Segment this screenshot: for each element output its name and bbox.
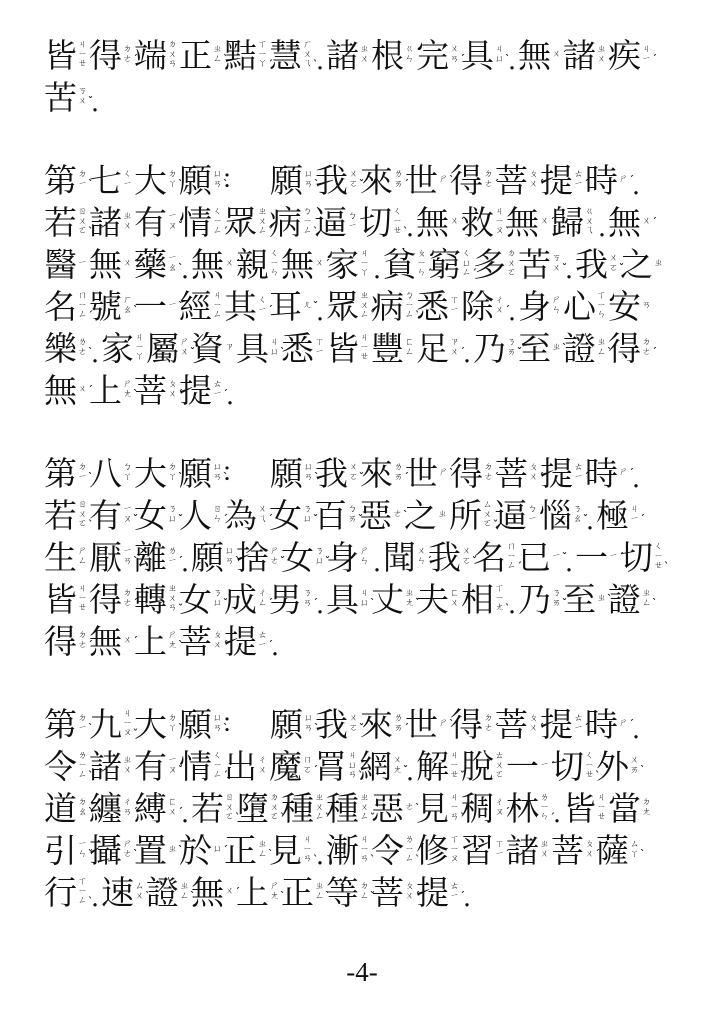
- zhuyin-symbol: ㄥ: [258, 850, 267, 860]
- zhuyin-symbol: ㄧ: [642, 55, 651, 65]
- zhuyin-symbol: ㄨ: [123, 259, 132, 269]
- char-unit: 令ㄌㄧㄥˋ: [371, 829, 416, 871]
- han-character: 無: [416, 206, 449, 239]
- zhuyin-ruby: ㄋㄩˇ: [168, 506, 177, 525]
- han-character: 令: [371, 834, 404, 867]
- char-unit: 大ㄉㄚˋ: [134, 452, 179, 494]
- tone-mark: ˋ: [178, 265, 183, 275]
- char-unit: 諸ㄓㄨ: [326, 34, 371, 76]
- zhuyin-symbol: ㄥ: [213, 227, 222, 237]
- zhuyin-ruby: ㄕˊ: [619, 719, 628, 729]
- zhuyin-symbol: ㄧ: [574, 473, 583, 483]
- zhuyin-ruby: ㄋㄞˇ: [552, 590, 561, 609]
- han-character: 窮: [428, 248, 461, 281]
- char-unit: 心ㄒㄧㄣ: [563, 285, 608, 327]
- char-unit: 切ㄑㄧㄝˋ: [620, 536, 665, 578]
- char-unit: 見ㄐㄧㄢˋ: [416, 787, 461, 829]
- char-unit: 得ㄉㄜˊ: [450, 452, 495, 494]
- char-unit: 無ㄨˊ: [281, 243, 326, 285]
- zhuyin-ruby: ㄈㄨˊ: [168, 799, 177, 818]
- zhuyin-symbol: ㄟ: [303, 60, 312, 70]
- han-character: 墮: [236, 792, 269, 825]
- document-page: 皆ㄐㄧㄝ得ㄉㄜˊ端ㄉㄨㄢ正ㄓㄥˋ黠ㄒㄧㄚˊ慧ㄏㄨㄟˋ.諸ㄓㄨ根ㄍㄣ完ㄨㄢˊ具ㄐㄩ…: [0, 0, 724, 1024]
- char-unit: 無ㄨˊ: [191, 243, 236, 285]
- zhuyin-ruby: ㄨˊ: [540, 217, 549, 227]
- zhuyin-symbol: ㄧ: [450, 306, 459, 316]
- zhuyin-ruby: ㄨˊ: [225, 259, 234, 269]
- zhuyin-ruby: ㄉㄚˋ: [168, 464, 177, 483]
- han-character: 罥: [314, 750, 347, 783]
- zhuyin-symbol: ㄨ: [123, 222, 132, 232]
- char-unit: 苦ㄎㄨˇ: [518, 243, 563, 285]
- paragraph: 第ㄉㄧˋ八ㄅㄚ大ㄉㄚˋ願ㄩㄢˋ：願ㄩㄢˋ我ㄨㄛˇ來ㄌㄞˊ世ㄕˋ得ㄉㄜˊ菩ㄆㄨˊ提…: [44, 452, 690, 662]
- zhuyin-ruby: ㄧˇ: [552, 552, 561, 562]
- char-unit: 菩ㄆㄨˊ: [495, 452, 540, 494]
- han-character: 多: [473, 248, 506, 281]
- char-unit: 諸ㄓㄨ: [563, 34, 608, 76]
- han-character: 魔: [269, 750, 302, 783]
- zhuyin-ruby: ㄖㄨㄛˋ: [78, 501, 87, 530]
- zhuyin-ruby: ㄉㄤ: [642, 799, 651, 818]
- text-line: 無ㄨˊ上ㄕㄤˋ菩ㄆㄨˊ提ㄊㄧˊ.: [44, 369, 690, 411]
- zhuyin-symbol: ㄨ: [258, 766, 267, 776]
- char-unit: 正ㄓㄥˋ: [179, 34, 224, 76]
- han-character: 丈: [371, 583, 404, 616]
- zhuyin-ruby: ㄓ: [438, 510, 447, 520]
- zhuyin-ruby: ㄧㄢˋ: [123, 548, 132, 567]
- zhuyin-ruby: ㄉㄜˊ: [642, 339, 651, 358]
- char-unit: 救ㄐㄧㄡˋ: [461, 201, 506, 243]
- zhuyin-symbol: ㄢ: [168, 604, 177, 614]
- punctuation: .: [371, 534, 383, 580]
- char-unit: 號ㄏㄠˋ: [89, 285, 134, 327]
- zhuyin-ruby: ㄕㄜˇ: [270, 548, 279, 567]
- zhuyin-symbol: ㄓ: [654, 259, 663, 269]
- zhuyin-symbol: ㄣ: [597, 311, 606, 321]
- char-unit: 證ㄓㄥˋ: [608, 578, 653, 620]
- zhuyin-symbol: ㄤ: [393, 766, 402, 776]
- char-unit: 離ㄌㄧˊ: [134, 536, 179, 578]
- han-character: 歸: [551, 206, 584, 239]
- zhuyin-ruby: ㄉㄥˇ: [360, 883, 369, 902]
- han-character: 端: [134, 39, 167, 72]
- zhuyin-symbol: ㄨ: [529, 180, 538, 190]
- zhuyin-ruby: ㄊㄧˊ: [450, 883, 459, 902]
- char-unit: 百ㄅㄞˇ: [314, 494, 359, 536]
- char-unit: 藥ㄧㄠˋ: [134, 243, 179, 285]
- zhuyin-symbol: ㄧ: [78, 180, 87, 190]
- tone-mark: ˊ: [550, 813, 555, 823]
- zhuyin-symbol: ㄝ: [78, 60, 87, 70]
- zhuyin-symbol: ㄢ: [642, 301, 651, 311]
- tone-mark: ˋ: [313, 855, 318, 865]
- zhuyin-ruby: ㄔㄡˊ: [495, 799, 504, 818]
- han-character: 速: [101, 876, 134, 909]
- char-unit: 我ㄨㄛˇ: [428, 536, 473, 578]
- char-unit: 第ㄉㄧˋ: [44, 703, 89, 745]
- char-unit: 提ㄊㄧˊ: [416, 871, 461, 913]
- han-character: 諸: [506, 834, 539, 867]
- han-character: 成: [224, 583, 257, 616]
- text-line: 樂ㄌㄜˋ.家ㄐㄧㄚ屬ㄕㄨˇ資ㄗ具ㄐㄩˋ悉ㄒㄧ皆ㄐㄧㄝ豐ㄈㄥ足ㄗㄨˊ.乃ㄋㄞˇ至ㄓ…: [44, 327, 690, 369]
- zhuyin-ruby: ㄈㄨ: [450, 590, 459, 609]
- zhuyin-symbol: ㄥ: [213, 311, 222, 321]
- han-character: 切: [359, 206, 392, 239]
- han-character: 得: [450, 708, 483, 741]
- han-character: 屬: [146, 332, 179, 365]
- han-character: 資: [191, 332, 224, 365]
- zhuyin-ruby: ㄇㄧㄥˊ: [507, 543, 516, 572]
- tone-mark: ˇ: [313, 302, 318, 312]
- han-character: 之: [620, 248, 653, 281]
- han-character: 慧: [269, 39, 302, 72]
- char-unit: 令ㄌㄧㄥˋ: [44, 745, 89, 787]
- zhuyin-symbol: ㄓ: [552, 343, 561, 353]
- zhuyin-ruby: ㄒㄧ: [315, 339, 324, 358]
- zhuyin-ruby: ㄓㄨ: [540, 841, 549, 860]
- zhuyin-ruby: ㄧˋ: [168, 301, 177, 311]
- zhuyin-ruby: ㄐㄧㄡˋ: [495, 208, 504, 237]
- zhuyin-ruby: ㄆㄨˊ: [213, 632, 222, 651]
- zhuyin-symbol: ㄢ: [213, 724, 222, 734]
- han-character: 網: [359, 750, 392, 783]
- zhuyin-ruby: ㄓㄥˋ: [180, 883, 189, 902]
- zhuyin-ruby: ㄑㄧㄣ: [270, 250, 279, 279]
- han-character: 菩: [551, 834, 584, 867]
- han-character: 無: [44, 374, 77, 407]
- text-line: 第ㄉㄧˋ八ㄅㄚ大ㄉㄚˋ願ㄩㄢˋ：願ㄩㄢˋ我ㄨㄛˇ來ㄌㄞˊ世ㄕˋ得ㄉㄜˊ菩ㄆㄨˊ提…: [44, 452, 690, 494]
- char-unit: 成ㄔㄥˊ: [224, 578, 269, 620]
- zhuyin-ruby: ㄌㄞˊ: [394, 464, 403, 483]
- han-character: 等: [326, 876, 359, 909]
- han-character: 乃: [518, 583, 551, 616]
- han-character: 女: [179, 583, 212, 616]
- punctuation: .: [314, 32, 326, 78]
- zhuyin-ruby: ㄓㄥˋ: [258, 841, 267, 860]
- char-unit: 所ㄙㄨㄛˇ: [449, 494, 494, 536]
- zhuyin-ruby: ㄨㄛˇ: [462, 548, 471, 567]
- zhuyin-ruby: ㄩㄢˋ: [213, 464, 222, 483]
- han-character: 無: [89, 248, 122, 281]
- punctuation: .: [596, 199, 608, 245]
- zhuyin-symbol: ㄡ: [123, 729, 132, 739]
- char-unit: 罥ㄐㄩㄢˋ: [314, 745, 359, 787]
- char-unit: 轉ㄓㄨㄢˇ: [134, 578, 179, 620]
- zhuyin-symbol: ㄣ: [213, 515, 222, 525]
- zhuyin-symbol: ㄗ: [225, 343, 234, 353]
- han-character: 逼: [494, 499, 527, 532]
- zhuyin-symbol: ㄣ: [540, 813, 549, 823]
- zhuyin-ruby: ㄨㄞˋ: [630, 757, 639, 776]
- zhuyin-ruby: ㄅㄧㄥˋ: [303, 208, 312, 237]
- han-character: 種: [281, 792, 314, 825]
- char-unit: 菩ㄆㄨˊ: [495, 159, 540, 201]
- tone-mark: ˋ: [640, 767, 645, 777]
- zhuyin-symbol: ㄛ: [225, 813, 234, 823]
- han-character: 解: [416, 750, 449, 783]
- han-character: 為: [224, 499, 257, 532]
- han-character: 八: [89, 457, 122, 490]
- han-character: 苦: [44, 81, 77, 114]
- zhuyin-symbol: ㄞ: [552, 599, 561, 609]
- han-character: 我: [315, 457, 348, 490]
- zhuyin-ruby: ㄧㄡˇ: [123, 506, 132, 525]
- zhuyin-symbol: ㄟ: [258, 515, 267, 525]
- punctuation: .: [551, 785, 563, 831]
- zhuyin-symbol: ㄜ: [123, 850, 132, 860]
- zhuyin-symbol: ㄧ: [540, 761, 549, 771]
- char-unit: 眾ㄓㄨㄥˋ: [326, 285, 371, 327]
- char-unit: 縛ㄈㄨˊ: [134, 787, 179, 829]
- zhuyin-symbol: ㄨ: [597, 55, 606, 65]
- han-character: 逼: [314, 206, 347, 239]
- han-character: 悉: [416, 290, 449, 323]
- zhuyin-ruby: ㄉㄜˊ: [484, 171, 493, 190]
- han-character: 病: [269, 206, 302, 239]
- zhuyin-symbol: ㄢ: [360, 855, 369, 865]
- zhuyin-symbol: ㄧ: [630, 515, 639, 525]
- han-character: 極: [596, 499, 629, 532]
- zhuyin-symbol: ㄛ: [495, 771, 504, 781]
- zhuyin-ruby: ㄉㄧˋ: [78, 715, 87, 734]
- zhuyin-symbol: ㄣ: [405, 55, 414, 65]
- han-character: 惡: [359, 499, 392, 532]
- paragraph: 皆ㄐㄧㄝ得ㄉㄜˊ端ㄉㄨㄢ正ㄓㄥˋ黠ㄒㄧㄚˊ慧ㄏㄨㄟˋ.諸ㄓㄨ根ㄍㄣ完ㄨㄢˊ具ㄐㄩ…: [44, 34, 690, 118]
- zhuyin-ruby: ㄐㄧㄥ: [213, 292, 222, 321]
- zhuyin-ruby: ㄍㄣ: [405, 46, 414, 65]
- zhuyin-symbol: ㄩ: [495, 55, 504, 65]
- han-character: 菩: [495, 164, 528, 197]
- char-unit: 生ㄕㄥ: [44, 536, 89, 578]
- han-character: 具: [326, 583, 359, 616]
- char-unit: 正ㄓㄥˋ: [281, 871, 326, 913]
- zhuyin-symbol: ㄕ: [439, 175, 448, 185]
- tone-mark: ˊ: [652, 56, 657, 66]
- char-unit: 置ㄓˋ: [134, 829, 179, 871]
- char-unit: 種ㄓㄨㄥˇ: [326, 787, 371, 829]
- han-character: 諸: [326, 39, 359, 72]
- char-unit: 無ㄨˊ: [518, 34, 563, 76]
- zhuyin-symbol: ㄧ: [495, 850, 504, 860]
- char-unit: 來ㄌㄞˊ: [360, 703, 405, 745]
- zhuyin-ruby: ㄐㄧㄢˋ: [303, 836, 312, 865]
- han-character: 時: [585, 164, 618, 197]
- tone-mark: ˋ: [223, 474, 228, 484]
- char-unit: 眾ㄓㄨㄥˋ: [224, 201, 269, 243]
- zhuyin-symbol: ㄢ: [303, 855, 312, 865]
- zhuyin-ruby: ㄑㄧˊ: [258, 297, 267, 316]
- zhuyin-symbol: ㄢ: [450, 55, 459, 65]
- char-unit: 願ㄩㄢˋ: [191, 536, 236, 578]
- zhuyin-symbol: ㄨ: [135, 892, 144, 902]
- zhuyin-symbol: ㄨ: [529, 473, 538, 483]
- wide-space: [244, 703, 270, 745]
- han-character: 得: [608, 332, 641, 365]
- han-character: 上: [236, 876, 269, 909]
- paragraph: 第ㄉㄧˋ七ㄑㄧ大ㄉㄚˋ願ㄩㄢˋ：願ㄩㄢˋ我ㄨㄛˇ來ㄌㄞˊ世ㄕˋ得ㄉㄜˊ菩ㄆㄨˊ提…: [44, 159, 690, 411]
- han-character: 令: [44, 750, 77, 783]
- char-unit: 聞ㄨㄣˊ: [383, 536, 428, 578]
- char-unit: 豐ㄈㄥ: [371, 327, 416, 369]
- zhuyin-symbol: ㄝ: [450, 771, 459, 781]
- char-unit: 魔ㄇㄛˊ: [269, 745, 314, 787]
- zhuyin-ruby: ㄧˊ: [540, 761, 549, 771]
- han-character: 於: [179, 834, 212, 867]
- zhuyin-ruby: ㄐㄧㄝ: [597, 794, 606, 823]
- zhuyin-symbol: ㄞ: [394, 724, 403, 734]
- han-character: 願: [179, 457, 212, 490]
- char-unit: 完ㄨㄢˊ: [416, 34, 461, 76]
- han-character: 若: [44, 206, 77, 239]
- zhuyin-symbol: ㄞ: [394, 473, 403, 483]
- tone-mark: ˊ: [629, 176, 634, 186]
- han-character: 證: [146, 876, 179, 909]
- zhuyin-symbol: ㄨ: [642, 217, 651, 227]
- zhuyin-ruby: ㄉㄚˋ: [168, 715, 177, 734]
- han-character: 時: [585, 457, 618, 490]
- zhuyin-symbol: ㄜ: [78, 641, 87, 651]
- zhuyin-ruby: ㄔㄨˊ: [495, 297, 504, 316]
- zhuyin-symbol: ㄥ: [78, 557, 87, 567]
- text-line: 第ㄉㄧˋ七ㄑㄧ大ㄉㄚˋ願ㄩㄢˋ：願ㄩㄢˋ我ㄨㄛˇ來ㄌㄞˊ世ㄕˋ得ㄉㄜˊ菩ㄆㄨˊ提…: [44, 159, 690, 201]
- han-character: 林: [506, 792, 539, 825]
- han-character: 皆: [44, 583, 77, 616]
- han-character: 世: [405, 164, 438, 197]
- zhuyin-ruby: ㄩㄢˋ: [304, 464, 313, 483]
- char-unit: 無ㄨˊ: [89, 620, 134, 662]
- zhuyin-ruby: ㄋㄩˇ: [315, 548, 324, 567]
- han-character: 我: [575, 248, 608, 281]
- char-unit: 我ㄨㄛˇ: [315, 452, 360, 494]
- char-unit: 具ㄐㄩˋ: [461, 34, 506, 76]
- han-character: 我: [315, 708, 348, 741]
- zhuyin-ruby: ㄇㄛˊ: [303, 757, 312, 776]
- zhuyin-ruby: ㄓㄨㄥˇ: [315, 794, 324, 823]
- zhuyin-ruby: ㄕㄣ: [360, 548, 369, 567]
- char-unit: 諸ㄓㄨ: [506, 829, 551, 871]
- zhuyin-ruby: ㄊㄧˊ: [258, 632, 267, 651]
- han-character: 女: [134, 499, 167, 532]
- zhuyin-ruby: ㄒㄧㄚˊ: [258, 41, 267, 70]
- zhuyin-ruby: ㄓ: [654, 259, 663, 269]
- char-unit: 七ㄑㄧ: [89, 159, 134, 201]
- zhuyin-symbol: ㄧ: [348, 222, 357, 232]
- zhuyin-symbol: ㄝ: [360, 353, 369, 363]
- char-unit: 上ㄕㄤˋ: [89, 369, 134, 411]
- zhuyin-symbol: ㄢ: [225, 557, 234, 567]
- text-line: 醫ㄧ無ㄨˊ藥ㄧㄠˋ.無ㄨˊ親ㄑㄧㄣ無ㄨˊ家ㄐㄧㄚ.貧ㄆㄧㄣˊ窮ㄑㄩㄥˊ多ㄉㄨㄛ苦…: [44, 243, 690, 285]
- han-character: 無: [506, 206, 539, 239]
- zhuyin-ruby: ㄧˊ: [609, 552, 618, 562]
- char-unit: 逼ㄅㄧ: [494, 494, 539, 536]
- zhuyin-symbol: ㄥ: [597, 348, 606, 358]
- tone-mark: ˋ: [313, 60, 318, 70]
- zhuyin-ruby: ㄕㄨˇ: [180, 339, 189, 358]
- zhuyin-symbol: ㄠ: [78, 808, 87, 818]
- char-unit: 悉ㄒㄧ: [281, 327, 326, 369]
- zhuyin-ruby: ㄕˊ: [619, 468, 628, 478]
- text-line: 道ㄉㄠˋ纏ㄔㄢˊ縛ㄈㄨˊ.若ㄖㄨㄛˋ墮ㄉㄨㄛˋ種ㄓㄨㄥˇ種ㄓㄨㄥˇ惡ㄜˋ見ㄐㄧㄢ…: [44, 787, 690, 829]
- char-unit: 提ㄊㄧˊ: [540, 452, 585, 494]
- char-unit: 夫ㄈㄨ: [416, 578, 461, 620]
- zhuyin-ruby: ㄋㄞˇ: [507, 339, 516, 358]
- zhuyin-ruby: ㄆㄨˊ: [405, 883, 414, 902]
- zhuyin-ruby: ㄧ: [78, 259, 87, 269]
- han-character: 行: [44, 876, 77, 909]
- zhuyin-symbol: ㄥ: [303, 227, 312, 237]
- char-unit: 惡ㄜˋ: [371, 787, 416, 829]
- zhuyin-ruby: ㄕˋ: [439, 468, 448, 478]
- han-character: 百: [314, 499, 347, 532]
- char-unit: 證ㄓㄥˋ: [146, 871, 191, 913]
- char-unit: 無ㄨˊ: [416, 201, 461, 243]
- char-unit: 提ㄊㄧˊ: [224, 620, 269, 662]
- zhuyin-symbol: ㄥ: [213, 55, 222, 65]
- zhuyin-symbol: ㄨ: [540, 850, 549, 860]
- han-character: 來: [360, 457, 393, 490]
- zhuyin-symbol: ㄚ: [135, 353, 144, 363]
- han-character: 有: [134, 750, 167, 783]
- zhuyin-ruby: ㄐㄧㄚ: [135, 334, 144, 363]
- zhuyin-ruby: ㄖㄨㄛˋ: [225, 794, 234, 823]
- han-character: 九: [89, 708, 122, 741]
- han-character: 漸: [326, 834, 359, 867]
- char-unit: 黠ㄒㄧㄚˊ: [224, 34, 269, 76]
- char-unit: 引ㄧㄣˇ: [44, 829, 89, 871]
- char-unit: 一ㄧˊ: [506, 745, 551, 787]
- zhuyin-symbol: ㄨ: [529, 724, 538, 734]
- zhuyin-symbol: ㄨ: [168, 808, 177, 818]
- zhuyin-ruby: ㄑㄧㄝˋ: [585, 752, 594, 781]
- zhuyin-symbol: ㄤ: [168, 641, 177, 651]
- han-character: 除: [461, 290, 494, 323]
- zhuyin-symbol: ㄩ: [213, 845, 222, 855]
- zhuyin-ruby: ㄒㄧˊ: [495, 841, 504, 860]
- char-unit: 切ㄑㄧㄝˋ: [359, 201, 404, 243]
- han-character: 親: [236, 248, 269, 281]
- tone-mark: ˋ: [223, 181, 228, 191]
- zhuyin-symbol: ㄡ: [450, 855, 459, 865]
- zhuyin-symbol: ㄞ: [348, 515, 357, 525]
- zhuyin-symbol: ㄛ: [349, 473, 358, 483]
- char-unit: 安ㄢ: [608, 285, 653, 327]
- han-character: 一: [134, 290, 167, 323]
- zhuyin-ruby: ㄨˊ: [225, 887, 234, 897]
- char-unit: 若ㄖㄨㄛˋ: [44, 494, 89, 536]
- zhuyin-ruby: ㄊㄧˊ: [574, 464, 583, 483]
- zhuyin-ruby: ㄩㄢˋ: [304, 171, 313, 190]
- char-unit: 醫ㄧ: [44, 243, 89, 285]
- char-unit: 習ㄒㄧˊ: [461, 829, 506, 871]
- char-unit: 時ㄕˊ: [585, 452, 630, 494]
- zhuyin-symbol: ㄢ: [168, 60, 177, 70]
- zhuyin-ruby: ㄐㄧㄢˋ: [450, 794, 459, 823]
- han-character: 無: [281, 248, 314, 281]
- zhuyin-symbol: ㄛ: [349, 724, 358, 734]
- han-character: 提: [540, 708, 573, 741]
- zhuyin-symbol: ㄢ: [304, 180, 313, 190]
- char-unit: 無ㄨˊ: [506, 201, 551, 243]
- han-character: 縛: [134, 792, 167, 825]
- han-character: 貧: [383, 248, 416, 281]
- zhuyin-symbol: ㄟ: [585, 227, 594, 237]
- text-line: 第ㄉㄧˋ九ㄐㄧㄡˇ大ㄉㄚˋ願ㄩㄢˋ：願ㄩㄢˋ我ㄨㄛˇ來ㄌㄞˊ世ㄕˋ得ㄉㄜˊ菩ㄆㄨ…: [44, 703, 690, 745]
- zhuyin-symbol: ㄨ: [225, 887, 234, 897]
- zhuyin-symbol: ㄨ: [495, 306, 504, 316]
- zhuyin-symbol: ㄩ: [360, 599, 369, 609]
- han-character: 菩: [371, 876, 404, 909]
- han-character: 外: [596, 750, 629, 783]
